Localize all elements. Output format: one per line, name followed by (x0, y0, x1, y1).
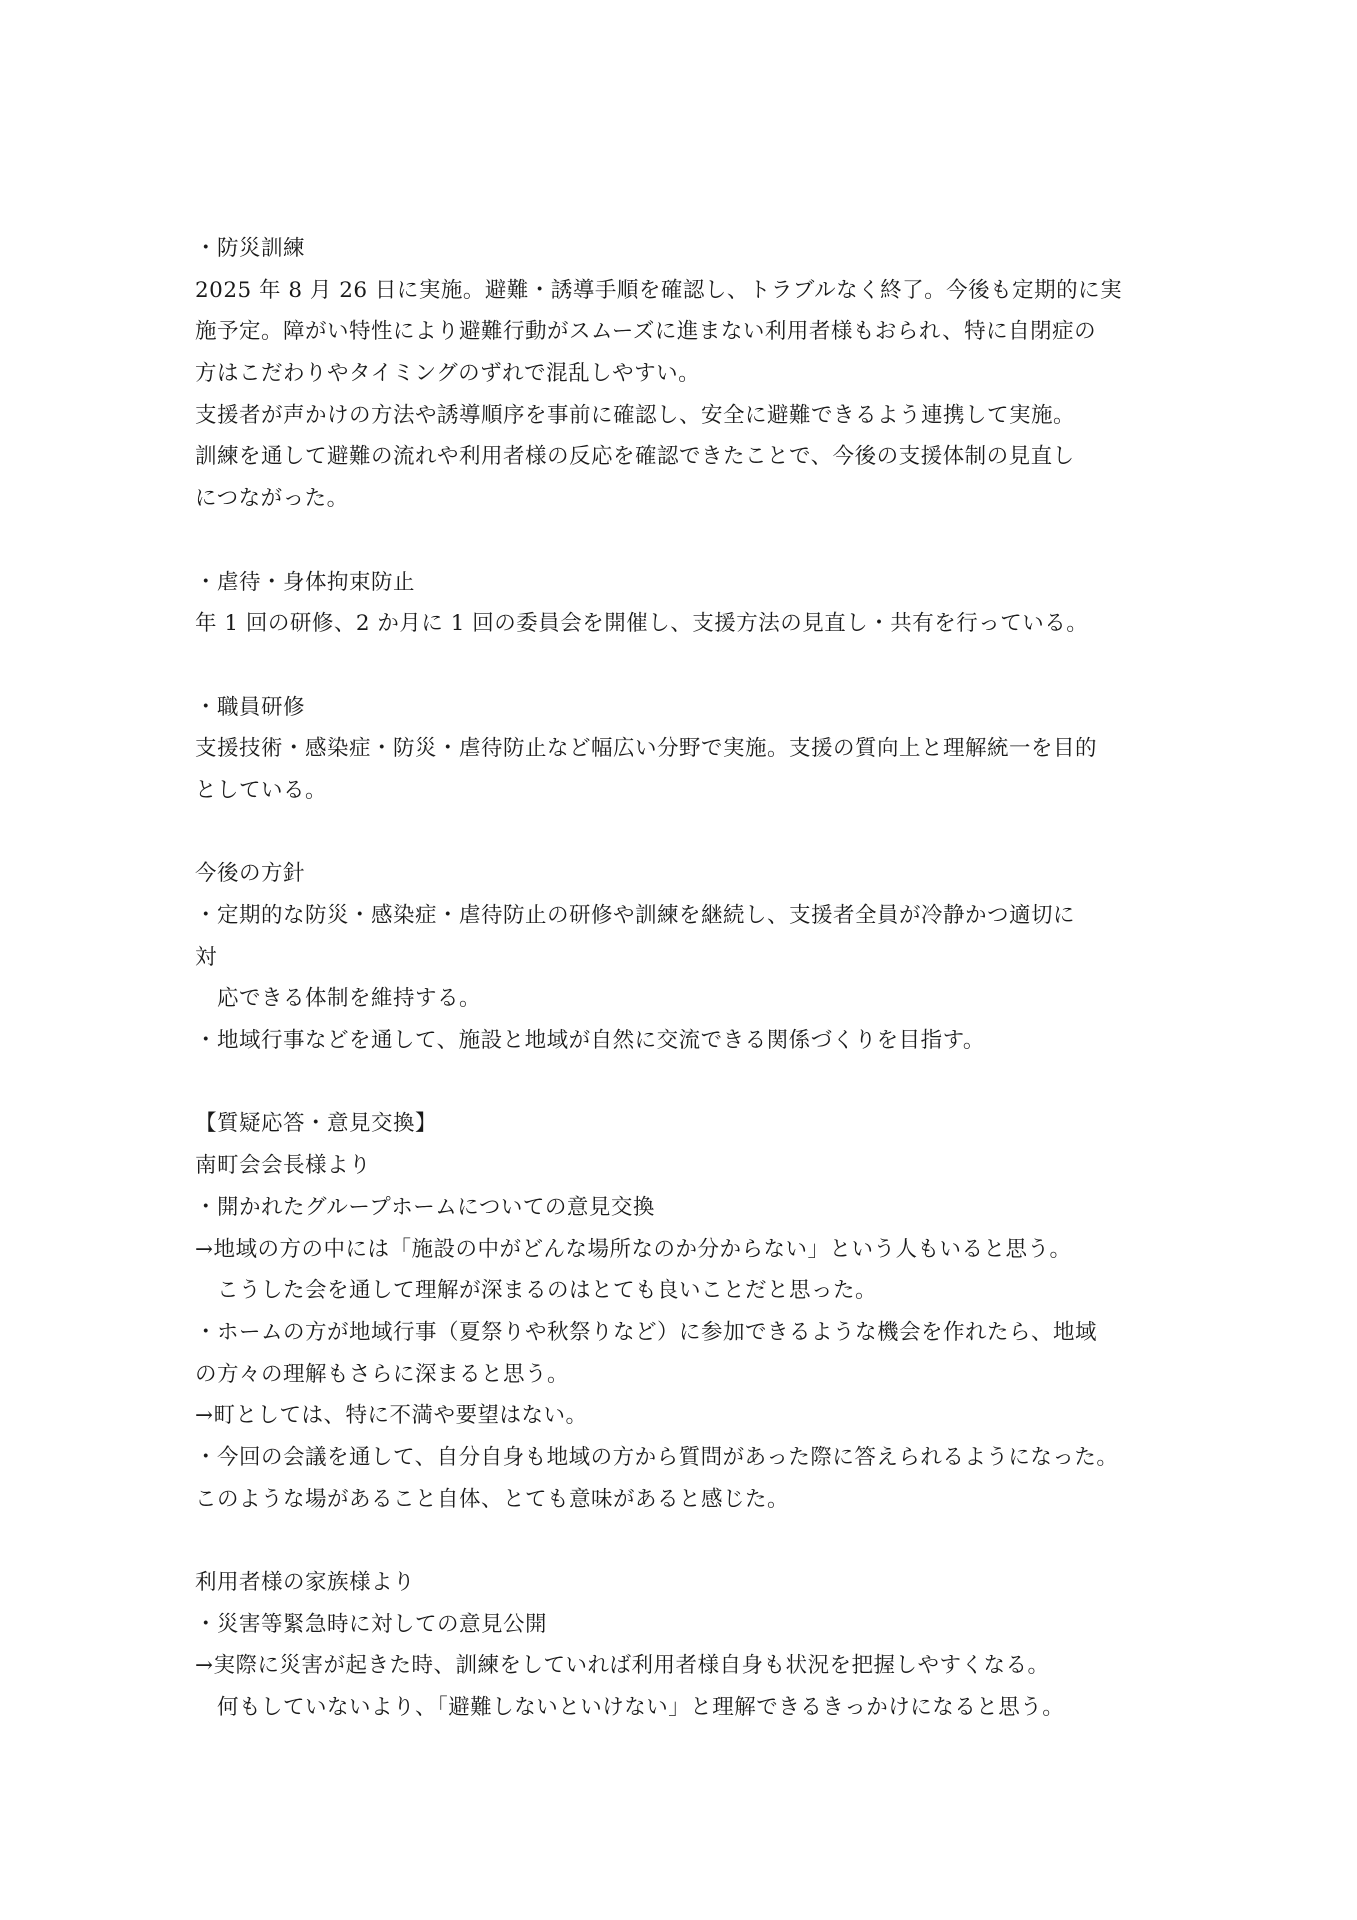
paragraph-line: の方々の理解もさらに深まると思う。 (195, 1354, 1195, 1396)
paragraph-line: 支援技術・感染症・防災・虐待防止など幅広い分野で実施。支援の質向上と理解統一を目… (195, 728, 1195, 770)
blank-line (195, 1062, 1195, 1104)
section-heading: ・虐待・身体拘束防止 (195, 562, 1195, 604)
paragraph-line: 年 1 回の研修、2 か月に 1 回の委員会を開催し、支援方法の見直し・共有を行… (195, 603, 1195, 645)
section-disaster-drill: ・防災訓練 2025 年 8 月 26 日に実施。避難・誘導手順を確認し、トラブ… (195, 228, 1195, 520)
blank-line (195, 812, 1195, 854)
paragraph-line: につながった。 (195, 478, 1195, 520)
paragraph-line: 何もしていないより、「避難しないといけない」と理解できるきっかけになると思う。 (195, 1687, 1195, 1729)
paragraph-line: ・地域行事などを通して、施設と地域が自然に交流できる関係づくりを目指す。 (195, 1020, 1195, 1062)
section-heading: 【質疑応答・意見交換】 (195, 1103, 1195, 1145)
section-subheading: 南町会会長様より (195, 1145, 1195, 1187)
paragraph-line: 応できる体制を維持する。 (195, 978, 1195, 1020)
section-heading: ・防災訓練 (195, 228, 1195, 270)
paragraph-line: ・今回の会議を通して、自分自身も地域の方から質問があった際に答えられるようになっ… (195, 1437, 1195, 1479)
section-future-policy: 今後の方針 ・定期的な防災・感染症・虐待防止の研修や訓練を継続し、支援者全員が冷… (195, 853, 1195, 1061)
paragraph-line: →町としては、特に不満や要望はない。 (195, 1395, 1195, 1437)
paragraph-line: 方はこだわりやタイミングのずれで混乱しやすい。 (195, 353, 1195, 395)
paragraph-line: 2025 年 8 月 26 日に実施。避難・誘導手順を確認し、トラブルなく終了。… (195, 270, 1195, 312)
section-heading: ・職員研修 (195, 687, 1195, 729)
paragraph-line: こうした会を通して理解が深まるのはとても良いことだと思った。 (195, 1270, 1195, 1312)
section-staff-training: ・職員研修 支援技術・感染症・防災・虐待防止など幅広い分野で実施。支援の質向上と… (195, 687, 1195, 812)
paragraph-line: ・災害等緊急時に対しての意見公開 (195, 1604, 1195, 1646)
blank-line (195, 645, 1195, 687)
section-abuse-prevention: ・虐待・身体拘束防止 年 1 回の研修、2 か月に 1 回の委員会を開催し、支援… (195, 562, 1195, 645)
paragraph-line: 対 (195, 937, 1195, 979)
paragraph-line: としている。 (195, 770, 1195, 812)
paragraph-line: ・ホームの方が地域行事（夏祭りや秋祭りなど）に参加できるような機会を作れたら、地… (195, 1312, 1195, 1354)
paragraph-line: 支援者が声かけの方法や誘導順序を事前に確認し、安全に避難できるよう連携して実施。 (195, 395, 1195, 437)
paragraph-line: ・開かれたグループホームについての意見交換 (195, 1187, 1195, 1229)
document-page: ・防災訓練 2025 年 8 月 26 日に実施。避難・誘導手順を確認し、トラブ… (195, 228, 1195, 1729)
section-family-opinion: 利用者様の家族様より ・災害等緊急時に対しての意見公開 →実際に災害が起きた時、… (195, 1562, 1195, 1729)
paragraph-line: →地域の方の中には「施設の中がどんな場所なのか分からない」という人もいると思う。 (195, 1229, 1195, 1271)
section-heading: 今後の方針 (195, 853, 1195, 895)
paragraph-line: 施予定。障がい特性により避難行動がスムーズに進まない利用者様もおられ、特に自閉症… (195, 311, 1195, 353)
paragraph-line: ・定期的な防災・感染症・虐待防止の研修や訓練を継続し、支援者全員が冷静かつ適切に (195, 895, 1195, 937)
paragraph-line: →実際に災害が起きた時、訓練をしていれば利用者様自身も状況を把握しやすくなる。 (195, 1645, 1195, 1687)
paragraph-line: このような場があること自体、とても意味があると感じた。 (195, 1479, 1195, 1521)
section-heading: 利用者様の家族様より (195, 1562, 1195, 1604)
paragraph-line: 訓練を通して避難の流れや利用者様の反応を確認できたことで、今後の支援体制の見直し (195, 436, 1195, 478)
section-qa: 【質疑応答・意見交換】 南町会会長様より ・開かれたグループホームについての意見… (195, 1103, 1195, 1520)
blank-line (195, 520, 1195, 562)
blank-line (195, 1520, 1195, 1562)
